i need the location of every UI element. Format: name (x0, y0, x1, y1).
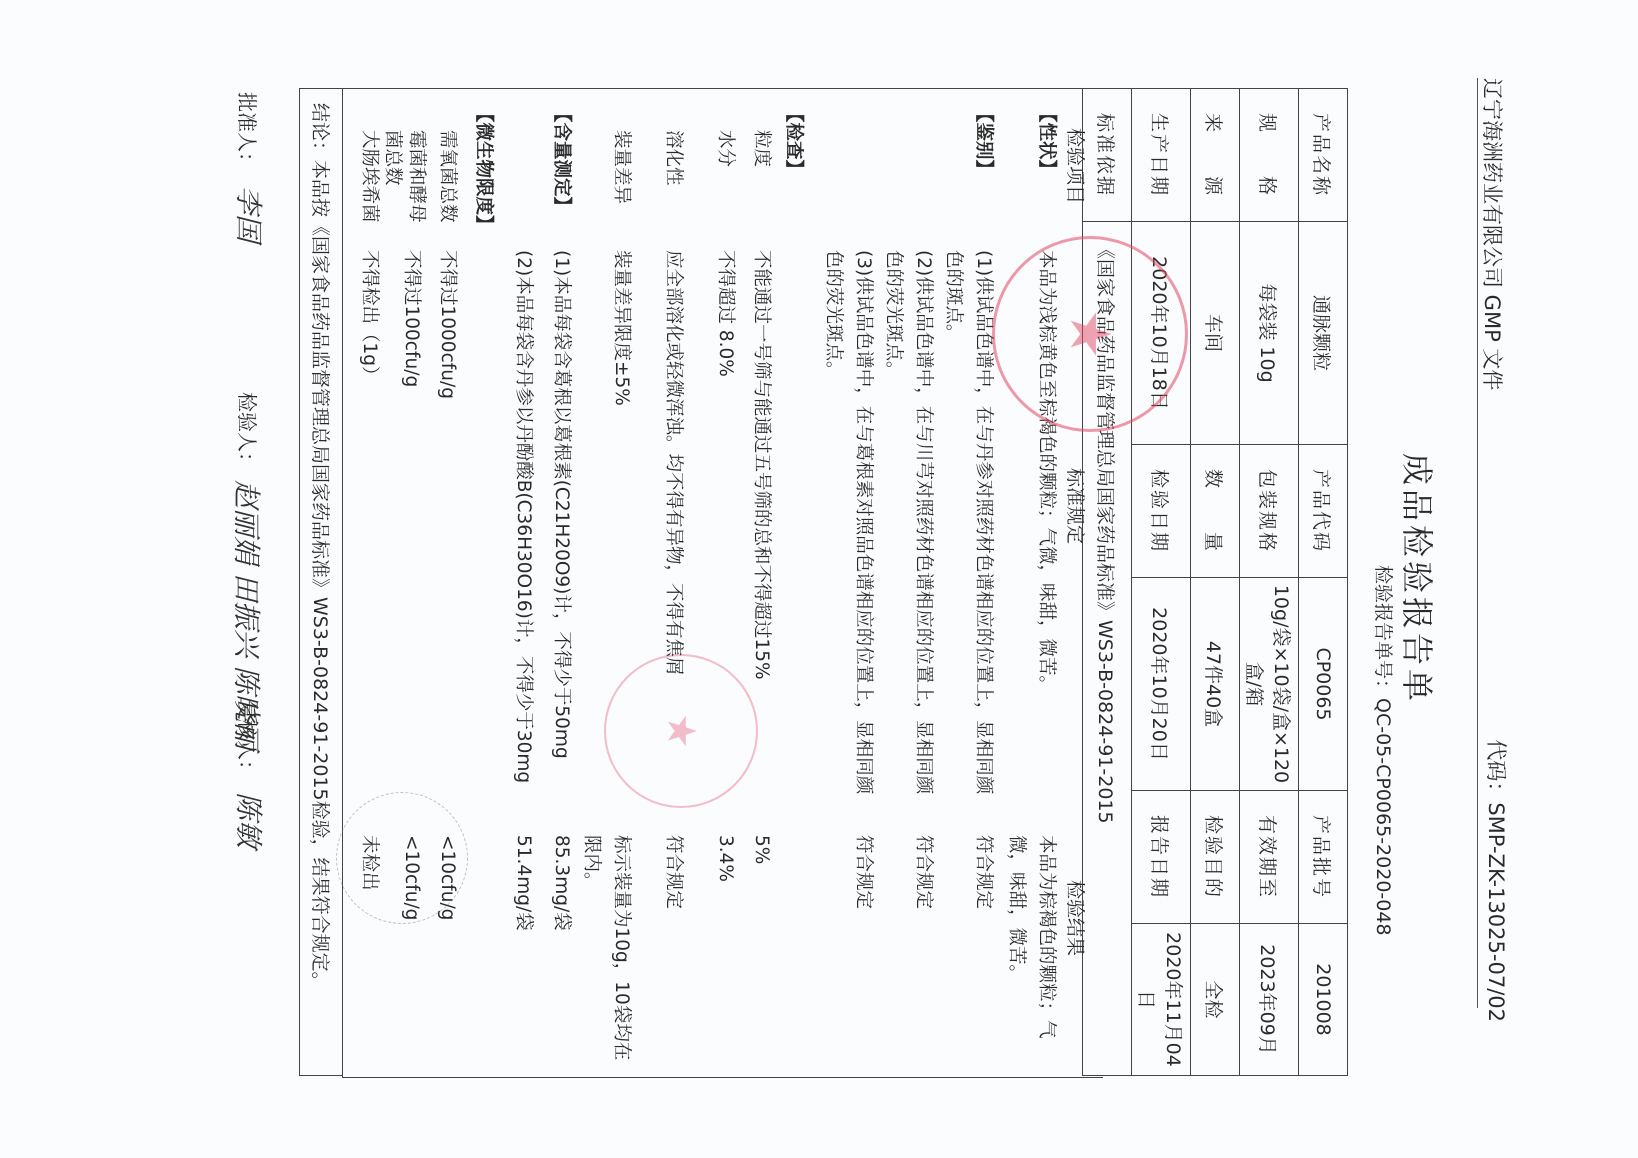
approver-signature: 李国 (230, 186, 270, 242)
section-identification: 【鉴别】 (968, 104, 998, 178)
section-assay: 【含量测定】 (546, 104, 576, 215)
info-row: 生产日期 2020年10月18日 检验日期 2020年10月20日 报告日期 2… (1132, 89, 1191, 1076)
section-microbial: 【微生物限度】 (468, 104, 498, 234)
test-date: 2020年10月20日 (1132, 578, 1191, 791)
quantity: 47件40盒 (1191, 578, 1240, 791)
inspector-label: 检验人： (234, 392, 263, 472)
report-date: 2020年11月04日 (1132, 924, 1191, 1076)
reviewer-signature: 陈敏 (230, 792, 270, 848)
product-name: 通脉颗粒 (1299, 222, 1348, 445)
inspection-seal-stamp: ★ (604, 654, 758, 808)
page-title: 成品检验报告单 (1396, 0, 1442, 1158)
section-inspection: 【检查】 (778, 104, 808, 178)
column-item: 检验项目 (1063, 128, 1090, 204)
company-seal-stamp: ★ (992, 236, 1188, 432)
report-number: 检验报告单号：QC-05-CP0065-2020-048 (1371, 565, 1398, 936)
source: 车间 (1191, 222, 1240, 445)
product-info-table: 产品名称 通脉颗粒 产品代码 CP0065 产品批号 201008 规 格 每袋… (1082, 88, 1348, 1076)
column-result: 检验结果 (1063, 880, 1090, 956)
inspection-report-page: 辽宁海洲药业有限公司 GMP 文件 代码：SMP-ZK-13025-07/02 … (0, 0, 1638, 1158)
info-row: 规 格 每袋装 10g 包装规格 10g/袋×10袋/盒×120盒/箱 有效期至… (1240, 89, 1299, 1076)
test-purpose: 全检 (1191, 924, 1240, 1076)
header-divider (1477, 78, 1478, 1008)
column-standard: 标准规定 (1063, 468, 1090, 544)
expiry-date: 2023年09月 (1240, 924, 1299, 1076)
product-code: CP0065 (1299, 578, 1348, 791)
company-header: 辽宁海洲药业有限公司 GMP 文件 (1478, 78, 1508, 390)
reviewer-label: 复核人： (234, 700, 263, 780)
document-code: 代码：SMP-ZK-13025-07/02 (1482, 612, 1512, 1022)
package-spec: 10g/袋×10袋/盒×120盒/箱 (1240, 578, 1299, 791)
conclusion: 结论：本品按《国家食品药品监督管理总局国家药品标准》WS3-B-0824-91-… (299, 88, 343, 1076)
approver-label: 批准人： (234, 92, 263, 172)
info-row: 来 源 车间 数 量 47件40盒 检验目的 全检 (1191, 89, 1240, 1076)
specification: 每袋装 10g (1240, 222, 1299, 445)
faint-circle-stamp (336, 792, 468, 924)
section-appearance: 【性状】 (1031, 104, 1061, 178)
batch-number: 201008 (1299, 924, 1348, 1076)
info-row: 产品名称 通脉颗粒 产品代码 CP0065 产品批号 201008 (1299, 89, 1348, 1076)
